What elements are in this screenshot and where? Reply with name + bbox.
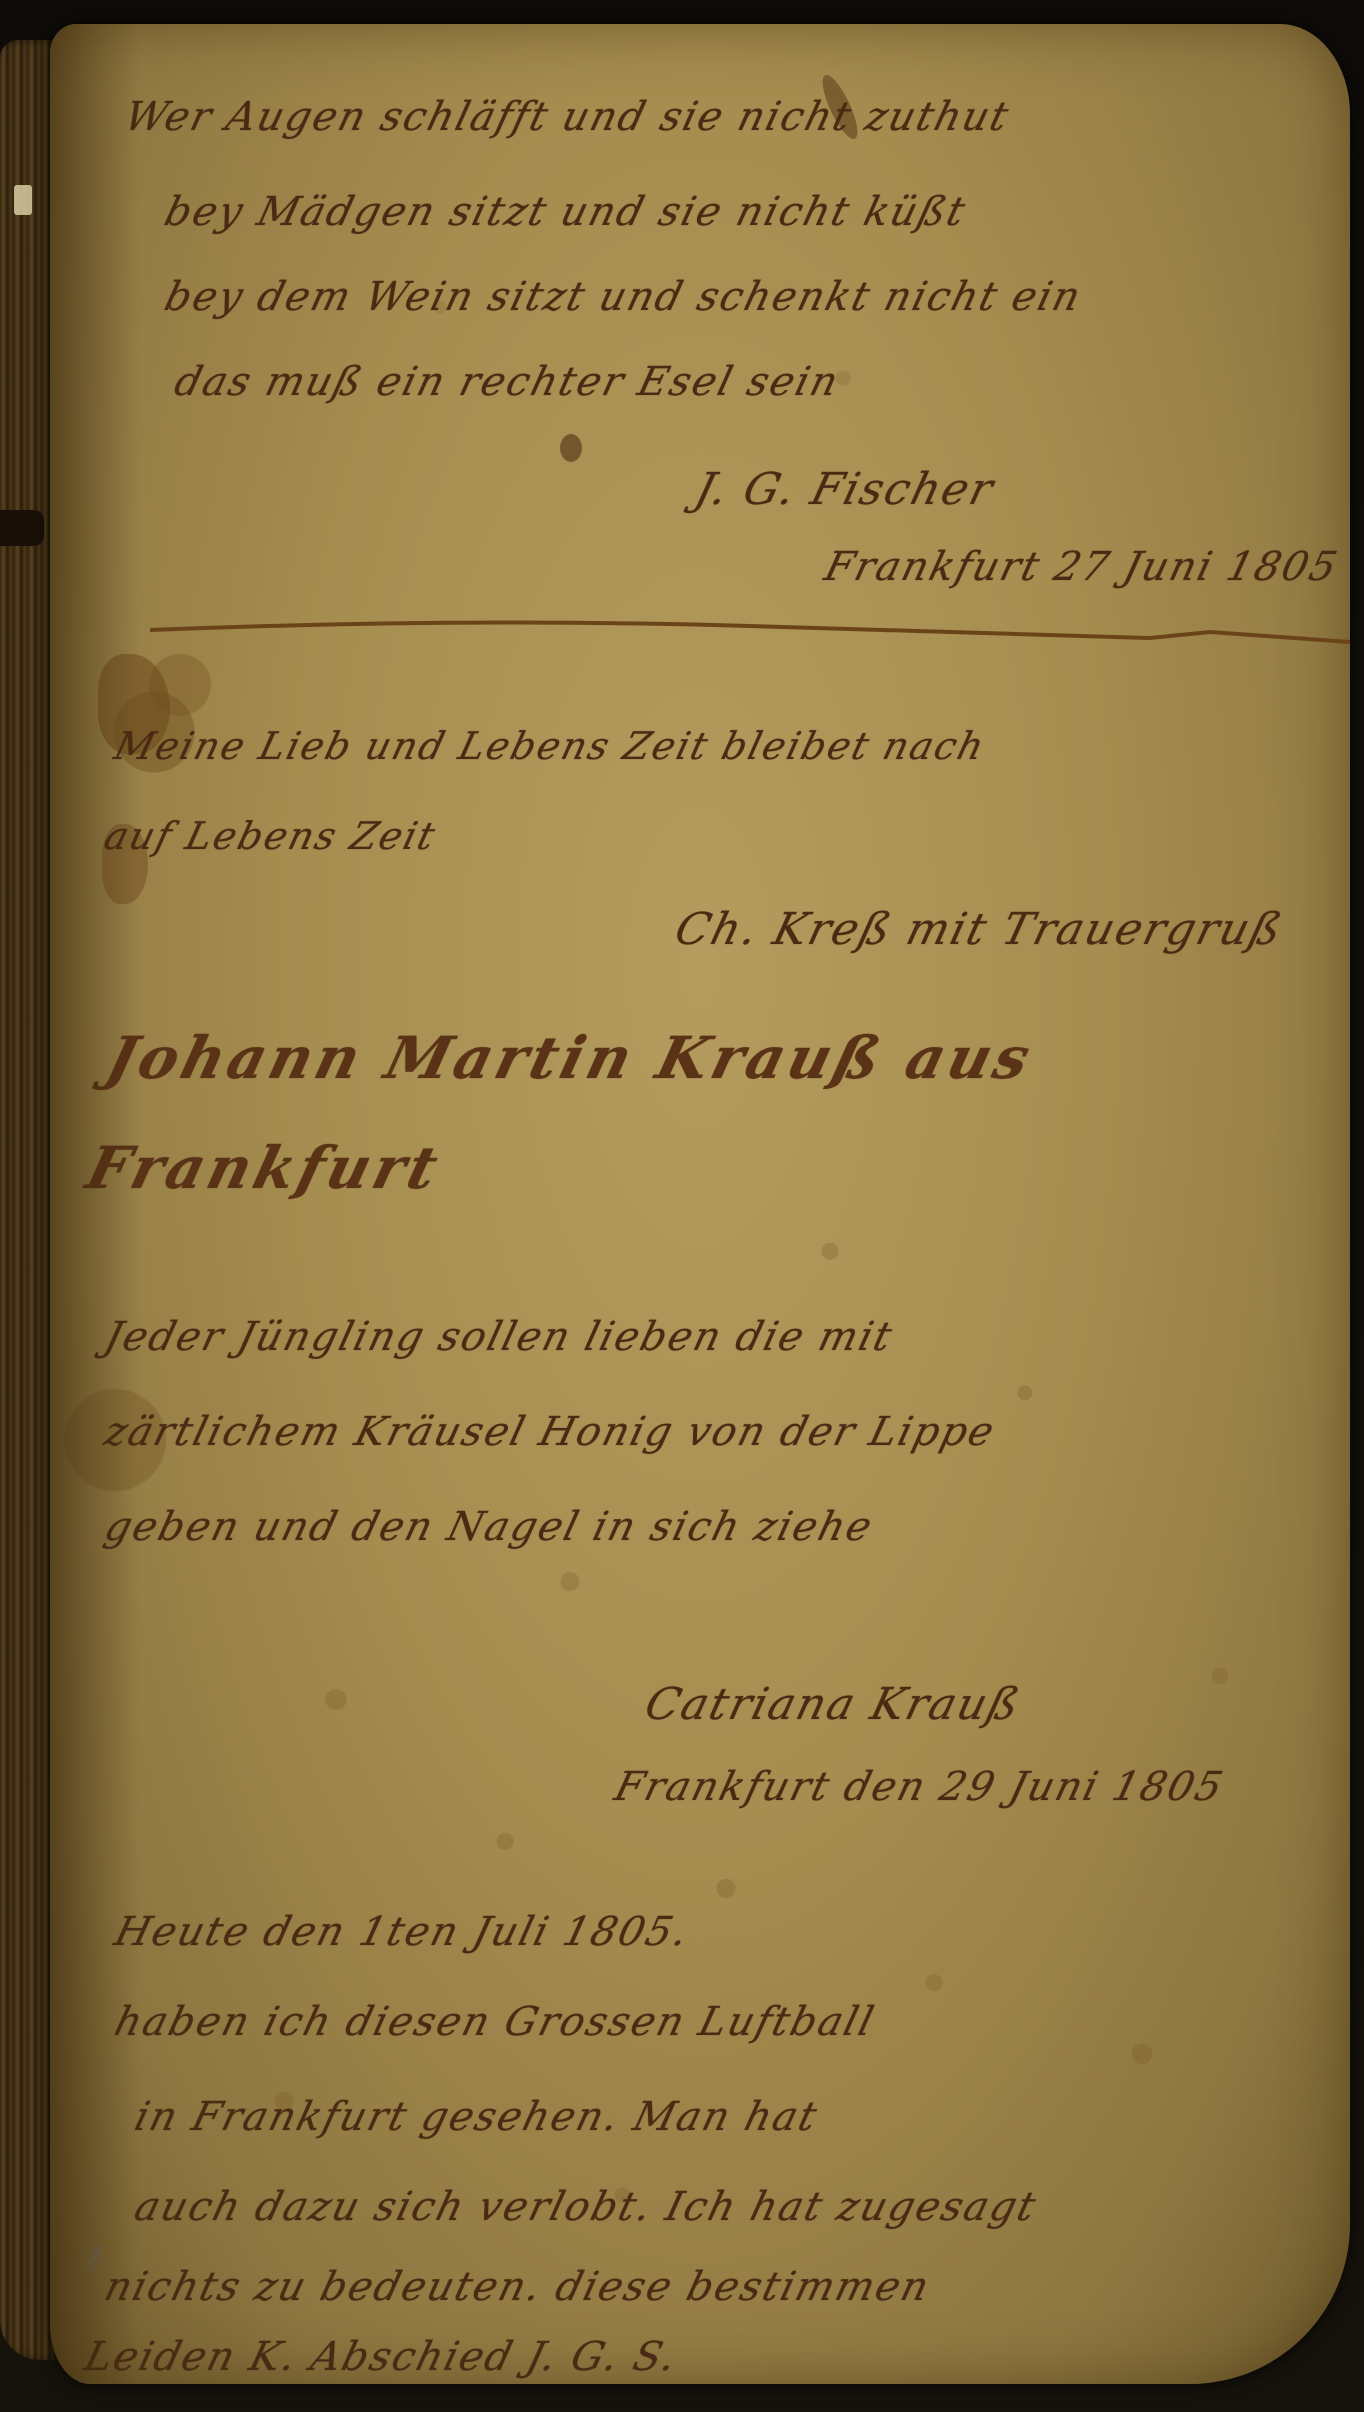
binding-clasp xyxy=(0,510,44,546)
entry-line: Frankfurt xyxy=(80,1134,448,1202)
manuscript-page: Wer Augen schläfft und sie nicht zuthut … xyxy=(50,24,1350,2384)
entry-line: bey Mädgen sitzt und sie nicht küßt xyxy=(160,189,971,235)
entry-line: Jeder Jüngling sollen lieben die mit xyxy=(100,1314,898,1360)
entry-line: Meine Lieb und Lebens Zeit bleibet nach xyxy=(110,724,990,768)
entry-line: in Frankfurt gesehen. Man hat xyxy=(130,2094,823,2140)
entry-line: Leiden K. Abschied J. G. S. xyxy=(80,2334,683,2380)
entry-line: auf Lebens Zeit xyxy=(100,814,441,858)
entry-line: auch dazu sich verlobt. Ich hat zugesagt xyxy=(130,2184,1042,2230)
divider-line xyxy=(150,612,1350,652)
entry-line: Wer Augen schläfft und sie nicht zuthut xyxy=(120,94,1015,140)
entry-line: nichts zu bedeuten. diese bestimmen xyxy=(100,2264,935,2310)
page-tab xyxy=(14,185,32,215)
entry-line: Heute den 1ten Juli 1805. xyxy=(110,1909,694,1955)
entry-line: geben und den Nagel in sich ziehe xyxy=(100,1504,878,1550)
entry-line: haben ich diesen Grossen Luftball xyxy=(110,1999,880,2045)
entry-date: Frankfurt 27 Juni 1805 xyxy=(820,544,1343,590)
entry-line: bey dem Wein sitzt und schenkt nicht ein xyxy=(160,274,1087,320)
entry-line: Johann Martin Krauß aus xyxy=(100,1024,1040,1092)
entry-signature: Catriana Krauß xyxy=(640,1679,1026,1730)
entry-line: zärtlichem Kräusel Honig von der Lippe xyxy=(100,1409,1000,1455)
scan-background: Wer Augen schläfft und sie nicht zuthut … xyxy=(0,0,1364,2412)
entry-signature: J. G. Fischer xyxy=(690,464,1000,515)
entry-date: Frankfurt den 29 Juni 1805 xyxy=(610,1764,1229,1810)
entry-line: das muß ein rechter Esel sein xyxy=(170,359,844,405)
archive-stamp: 1806 xyxy=(83,2243,106,2275)
entry-signature: Ch. Kreß mit Trauergruß xyxy=(670,904,1288,955)
ink-blot xyxy=(560,434,582,462)
